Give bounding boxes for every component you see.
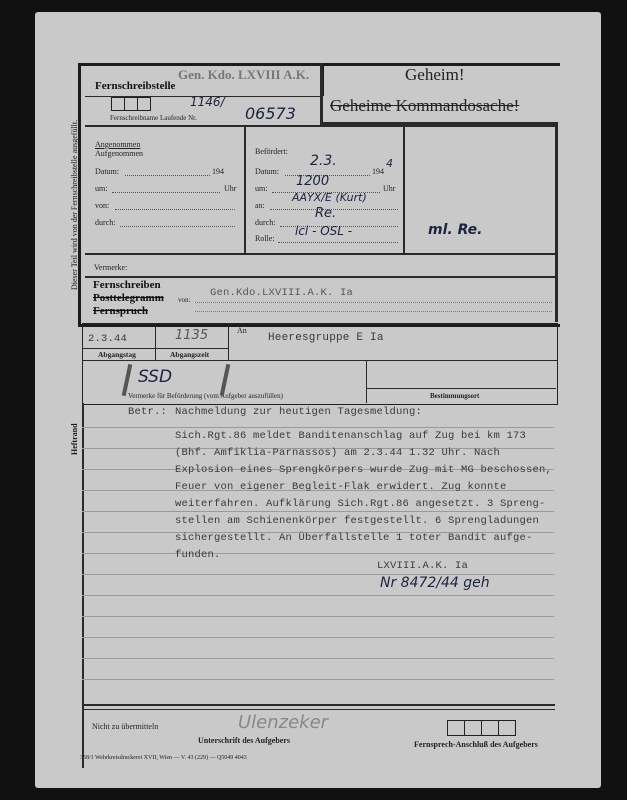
message-line: Feuer von eigener Begleit-Flak erwidert.…: [175, 479, 552, 496]
type-phone-struck: Fernspruch: [93, 305, 148, 317]
type-from-label: von:: [178, 296, 190, 304]
serial-boxes: [111, 97, 150, 111]
forwarded-roll-label: Rolle:: [255, 234, 275, 243]
dispatch-date-label: Abgangstag: [98, 350, 136, 359]
message-sender: LXVIII.A.K. Ia: [377, 560, 468, 572]
type-telegram-struck: Posttelegramm: [93, 292, 164, 304]
dispatch-date[interactable]: 2.3.44: [88, 333, 127, 345]
side-note-heftrand: Heftrand: [70, 405, 79, 455]
phone-boxes: [447, 720, 515, 736]
message-line: weiterfahren. Aufklärung Sich.Rgt.86 ang…: [175, 496, 552, 513]
message-line: Sich.Rgt.86 meldet Banditenanschlag auf …: [175, 428, 552, 445]
received-from-label: von:: [95, 201, 109, 210]
classification-struck: Geheime Kommandosache!: [330, 96, 519, 116]
not-transmit-label: Nicht zu übermitteln: [92, 722, 158, 731]
received-time-unit: Uhr: [224, 184, 236, 193]
forwarded-to-label: an:: [255, 201, 265, 210]
priority-marking[interactable]: SSD: [138, 367, 172, 387]
serial-label: Fernschreibname Laufende Nr.: [110, 114, 197, 122]
forwarded-time-value[interactable]: 1200: [296, 174, 329, 189]
forwarded-date-value[interactable]: 2.3.: [310, 153, 337, 169]
signature-label: Unterschrift des Aufgebers: [198, 736, 290, 745]
serial-number[interactable]: 06573: [245, 104, 296, 123]
serial-handwritten: 1146/: [190, 95, 225, 109]
subject-text: Nachmeldung zur heutigen Tagesmeldung:: [175, 406, 422, 418]
message-line: Explosion eines Sprengkörpers wurde Zug …: [175, 462, 552, 479]
message-body: Sich.Rgt.86 meldet Banditenanschlag auf …: [175, 428, 552, 564]
initials-signature: ml. Re.: [428, 222, 482, 238]
message-line: sichergestellt. An Überfallstelle 1 tote…: [175, 530, 552, 547]
destination-label: Bestimmungsort: [430, 392, 479, 400]
type-teletype: Fernschreiben: [93, 279, 161, 291]
received-time-label: um:: [95, 184, 107, 193]
dispatch-time[interactable]: 1135: [175, 328, 208, 343]
sender-unit[interactable]: Gen.Kdo.LXVIII.A.K. Ia: [210, 287, 353, 299]
received-title-2: Aufgenommen: [95, 149, 143, 158]
forwarded-time-label: um:: [255, 184, 267, 193]
message-line: stellen am Schienenkörper festgestellt. …: [175, 513, 552, 530]
recipient[interactable]: Heeresgruppe E Ia: [268, 332, 384, 344]
phone-label: Fernsprech-Anschluß des Aufgebers: [414, 740, 538, 749]
forwarded-to-value[interactable]: AAYX/E (Kurt): [292, 191, 367, 204]
forwarded-date-label: Datum:: [255, 167, 279, 176]
unit-stamp: Gen. Kdo. LXVIII A.K.: [178, 67, 309, 83]
subject-label: Betr.:: [128, 406, 167, 418]
remarks-label: Vermerke:: [94, 263, 127, 272]
forwarded-year-suffix[interactable]: 4: [386, 157, 393, 170]
forwarded-by-label: durch:: [255, 218, 275, 227]
forwarded-by-value[interactable]: Re.: [315, 206, 336, 221]
forwarded-year: 194: [372, 167, 384, 176]
dispatch-time-label: Abgangszeit: [170, 350, 209, 359]
message-line: funden.: [175, 547, 552, 564]
station-label: Fernschreibstelle: [95, 80, 175, 92]
received-by-label: durch:: [95, 218, 115, 227]
forwarded-title: Befördert:: [255, 147, 288, 156]
received-title-1: Angenommen: [95, 140, 140, 149]
message-line: (Bhf. Amfiklia-Parnassos) am 2.3.44 1.32…: [175, 445, 552, 462]
sender-signature: Ulenzeker: [238, 712, 328, 733]
reference-number: Nr 8472/44 geh: [380, 575, 490, 591]
classification-secret: Geheim!: [405, 65, 464, 85]
forwarded-roll-value[interactable]: lcl - OSL -: [295, 224, 352, 238]
received-date-label: Datum:: [95, 167, 119, 176]
printer-imprint: 358/1 Wehrkreisdruckerei XVII, Wien — V.…: [80, 755, 247, 761]
priority-label: Vermerke für Beförderung (vom Aufgeber a…: [128, 392, 283, 400]
forwarded-time-unit: Uhr: [383, 184, 395, 193]
received-year: 194: [212, 167, 224, 176]
dispatch-to-label: An: [237, 326, 247, 335]
